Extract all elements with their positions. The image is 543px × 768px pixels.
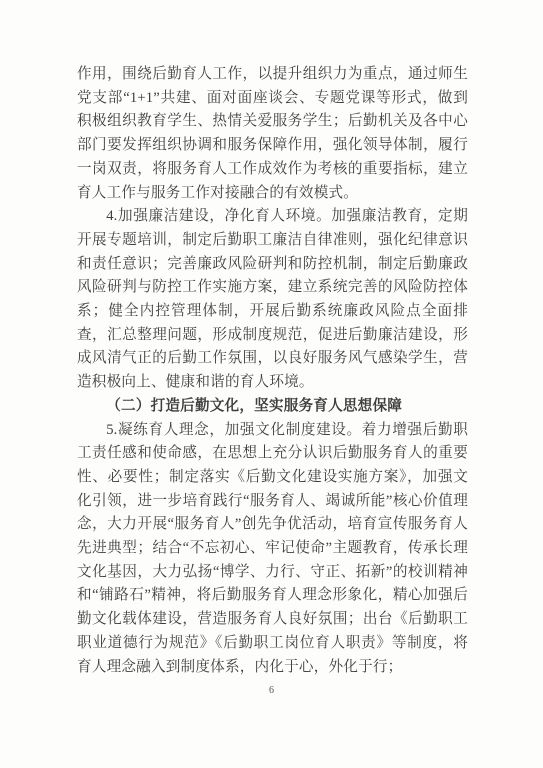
paragraph-continuation: 作用，围绕后勤育人工作，以提升组织力为重点，通过师生党支部“1+1”共建、面对面… xyxy=(77,63,468,205)
document-page: 作用，围绕后勤育人工作，以提升组织力为重点，通过师生党支部“1+1”共建、面对面… xyxy=(0,0,543,768)
paragraph-item-4: 4.加强廉洁建设，净化育人环境。加强廉洁教育，定期开展专题培训，制定后勤职工廉洁… xyxy=(77,205,468,395)
paragraph-item-5: 5.凝练育人理念，加强文化制度建设。着力增强后勤职工责任感和使命感，在思想上充分… xyxy=(77,419,468,680)
page-number: 6 xyxy=(0,685,543,697)
section-heading: （二）打造后勤文化，坚实服务育人思想保障 xyxy=(77,395,468,419)
document-body: 作用，围绕后勤育人工作，以提升组织力为重点，通过师生党支部“1+1”共建、面对面… xyxy=(77,63,468,679)
